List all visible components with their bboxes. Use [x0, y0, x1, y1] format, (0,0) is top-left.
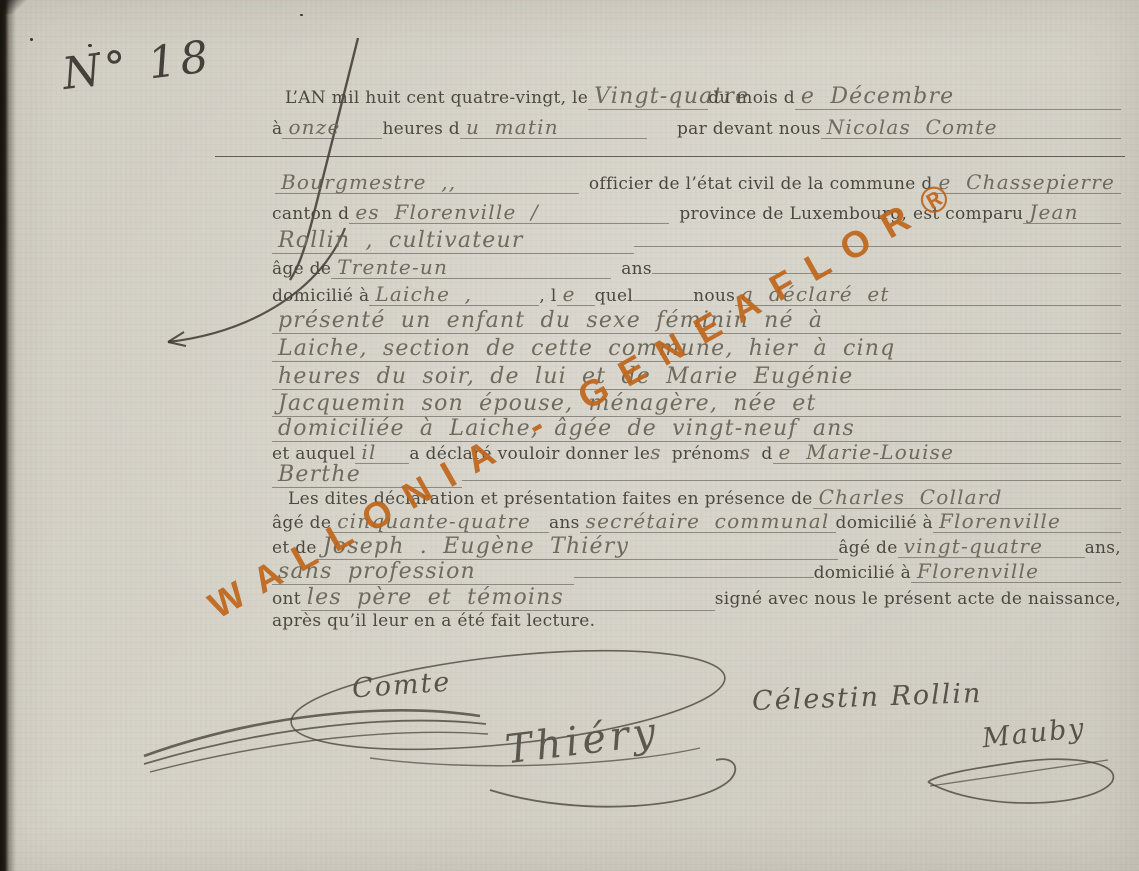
handwritten-witness1-name: Charles Collard — [813, 487, 1121, 509]
printed-text: prénom — [672, 444, 740, 464]
form-line-declarant: Rollin , cultivateur — [272, 230, 1121, 256]
handwritten-il: il — [355, 442, 409, 464]
printed-text: domicilié à — [814, 563, 911, 583]
printed-text: et auquel — [272, 444, 355, 464]
printed-text: officier de l’état civil de la commune d — [589, 174, 933, 194]
printed-text: province de Luxembourg, est comparu — [679, 204, 1023, 224]
page-binding-edge — [0, 0, 16, 871]
printed-text: , l — [539, 286, 556, 306]
handwritten-witness2-name: Joseph . Eugène Thiéry — [317, 536, 839, 560]
form-line-domicile: domicilié à Laiche , , l e quel nous a d… — [272, 284, 1121, 310]
printed-text: après qu’il leur en a été fait lecture. — [272, 611, 595, 631]
blank-fill-line — [574, 576, 814, 578]
handwritten-declarant-name-occupation: Rollin , cultivateur — [272, 230, 634, 254]
form-line-officer-title: Bourgmestre ,, officier de l’état civil … — [275, 172, 1121, 198]
handwritten-domicile: Laiche , — [369, 284, 539, 306]
signature-celestin-rollin: Célestin Rollin — [752, 678, 983, 717]
handwritten-hour: onze — [282, 117, 382, 139]
act-number-label: N° — [59, 41, 133, 100]
form-line-witness2-occupation: sans profession domicilié à Florenville — [272, 561, 1121, 587]
blank-fill-line — [633, 299, 693, 301]
handwritten-canton: es Florenville / — [349, 202, 669, 224]
printed-text: ans, — [1085, 538, 1121, 558]
handwritten-day: Vingt-quatre — [588, 86, 708, 110]
form-line-hour: à onze heures d u matin par devant nous … — [272, 117, 1121, 143]
printed-text: ans — [549, 513, 580, 533]
handwritten-letter: e — [557, 284, 595, 306]
printed-text: ans — [621, 259, 652, 279]
ink-speck — [300, 14, 303, 16]
printed-text: d — [761, 444, 772, 464]
birth-certificate-scan: N° 18 L’AN mil huit cent quatre-vingt, l… — [0, 0, 1139, 871]
printed-text: canton d — [272, 204, 349, 224]
handwritten-letter: s — [740, 442, 751, 462]
handwritten-witness2-domicile: Florenville — [911, 561, 1121, 583]
printed-text: du mois d — [708, 88, 795, 108]
corner-shadow — [0, 0, 26, 14]
printed-text: par devant nous — [677, 119, 821, 139]
handwritten-declaration: domiciliée à Laiche, âgée de vingt-neuf … — [272, 418, 1121, 442]
separator-rule — [215, 156, 1125, 157]
form-line-signed: ont les père et témoins signé avec nous … — [272, 587, 1121, 613]
handwritten-declaration: heures du soir, de lui et de Marie Eugén… — [272, 366, 1121, 390]
printed-text: domicilié à — [836, 513, 933, 533]
printed-text: quel — [595, 286, 634, 306]
declaration-line-5: domiciliée à Laiche, âgée de vingt-neuf … — [272, 418, 1121, 444]
printed-text: à — [272, 119, 282, 139]
form-line-age: âgé de Trente-un ans — [272, 257, 1121, 283]
blank-fill-line — [652, 272, 1121, 274]
handwritten-declaration: Jacquemin son épouse, ménagère, née et — [272, 393, 1121, 417]
printed-text: heures d — [382, 119, 460, 139]
printed-text: âgé de — [838, 538, 897, 558]
printed-text: L’AN mil huit cent quatre-vingt, le — [285, 88, 588, 108]
signature-mauby: Mauby — [981, 713, 1087, 755]
act-number-value: 18 — [145, 31, 215, 89]
handwritten-witness1-domicile: Florenville — [933, 511, 1121, 533]
ink-speck — [30, 38, 33, 41]
handwritten-officer-title: Bourgmestre ,, — [275, 172, 579, 194]
handwritten-officer-name: Nicolas Comte — [821, 117, 1121, 139]
declaration-line-3: heures du soir, de lui et de Marie Eugén… — [272, 366, 1121, 392]
handwritten-ampm: u matin — [460, 117, 647, 139]
printed-text: domicilié à — [272, 286, 369, 306]
form-line-lecture: après qu’il leur en a été fait lecture. — [272, 611, 1121, 637]
handwritten-witness1-occupation: secrétaire communal — [580, 511, 836, 533]
printed-text: âgé de — [272, 259, 331, 279]
handwritten-prenoms: e Marie-Louise — [773, 442, 1121, 464]
form-line-canton: canton d es Florenville / province de Lu… — [272, 202, 1121, 228]
handwritten-letter: s — [650, 442, 661, 462]
act-number: N° 18 — [59, 31, 215, 100]
handwritten-signers: les père et témoins — [301, 587, 715, 611]
signature-officer: Comte — [351, 667, 452, 705]
blank-fill-line — [462, 479, 1121, 481]
signature-witness-thiery: Thiéry — [503, 709, 662, 774]
handwritten-age: Trente-un — [331, 257, 611, 279]
printed-text: signé avec nous le présent acte de naiss… — [715, 589, 1121, 609]
handwritten-declarant-firstname: Jean — [1023, 202, 1121, 224]
handwritten-month: e Décembre — [795, 86, 1121, 110]
form-line-year: L’AN mil huit cent quatre-vingt, le Ving… — [285, 86, 1121, 112]
handwritten-witness2-age: vingt-quatre — [898, 536, 1085, 558]
